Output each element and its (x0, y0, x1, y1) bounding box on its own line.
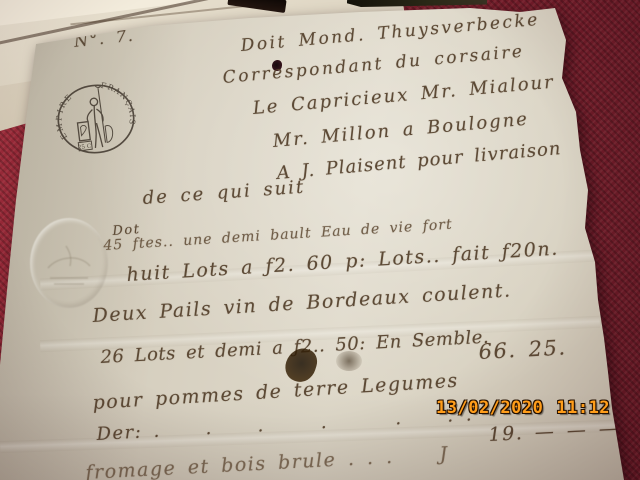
stamp-arc-right-label: FRANÇAIS (99, 77, 138, 130)
svg-text:FRANÇAIS: FRANÇAIS (99, 77, 138, 130)
stamp-arc-left-label: EMPIRE (51, 91, 80, 142)
embossed-blind-seal (30, 218, 108, 308)
ink-blot (336, 351, 362, 371)
handwritten-amount: 66. 25. (478, 335, 567, 364)
timestamp-time: 11:12 (556, 398, 610, 418)
stamp-value-label: 25 C. (78, 143, 94, 151)
empire-francais-revenue-stamp: 25 C. EMPIRE FRANÇAIS (45, 73, 146, 166)
photo-scene: N°. 7. 25 C. (0, 0, 640, 480)
timestamp-date: 13/02/2020 (436, 398, 543, 418)
camera-timestamp: 13/02/202011:12 (436, 398, 610, 418)
svg-text:EMPIRE: EMPIRE (51, 91, 80, 142)
